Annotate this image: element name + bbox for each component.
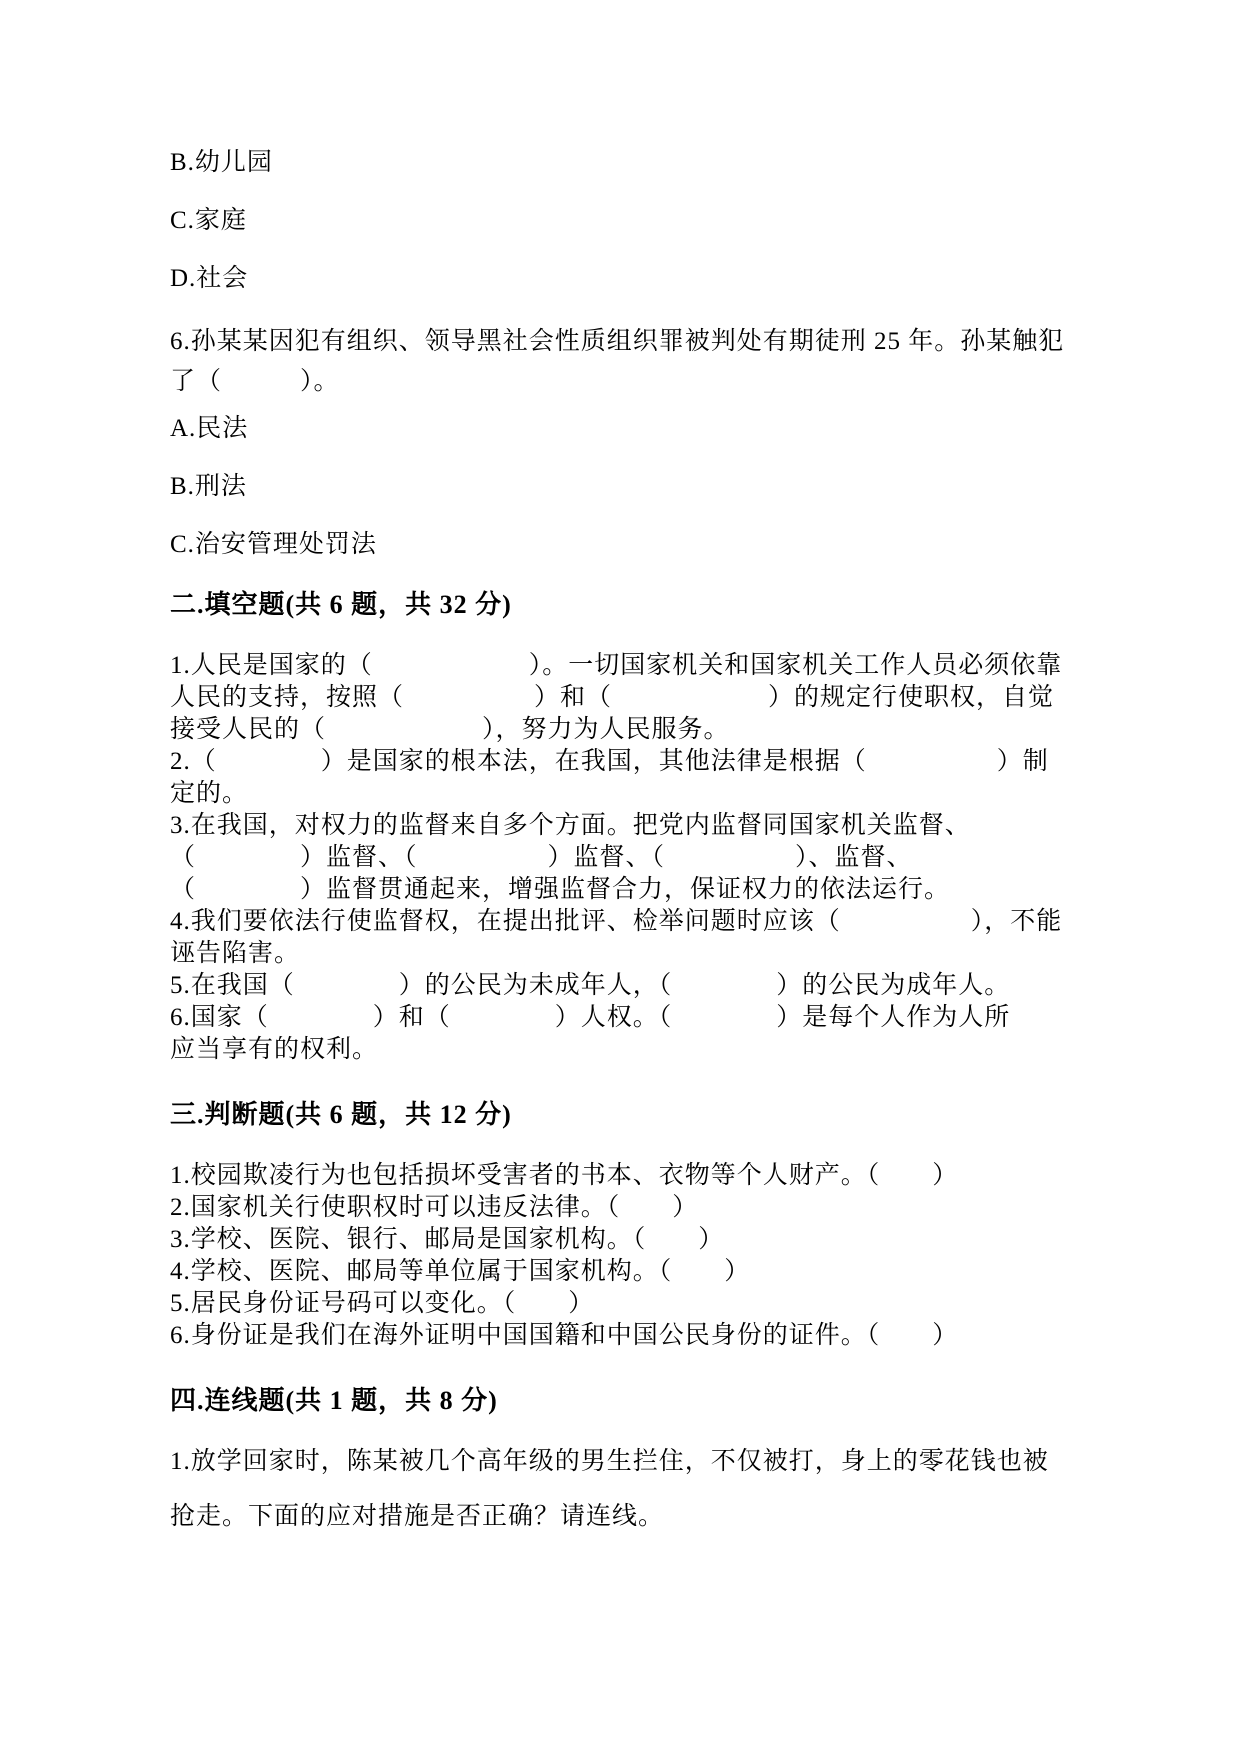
fill-q4-line-2: 诬告陷害。	[170, 938, 1075, 970]
fill-q2-line-1: 2.（ ）是国家的根本法，在我国，其他法律是根据（ ）制	[170, 746, 1075, 778]
question-6-options: A.民法 B.刑法 C.治安管理处罚法	[170, 414, 1075, 560]
judge-q4: 4.学校、医院、邮局等单位属于国家机构。（ ）	[170, 1256, 1075, 1288]
fill-q3-line-3: （ ）监督贯通起来，增强监督合力，保证权力的依法运行。	[170, 874, 1075, 906]
section-4-heading-matching: 四.连线题(共 1 题，共 8 分)	[170, 1384, 1075, 1418]
true-false-questions: 1.校园欺凌行为也包括损坏受害者的书本、衣物等个人财产。（ ） 2.国家机关行使…	[170, 1160, 1075, 1352]
fill-q4-line-1: 4.我们要依法行使监督权，在提出批评、检举问题时应该（ ），不能	[170, 906, 1075, 938]
section-2-heading-fill-in-blanks: 二.填空题(共 6 题，共 32 分)	[170, 588, 1075, 622]
question-6: 6.孙某某因犯有组织、领导黑社会性质组织罪被判处有期徒刑 25 年。孙某触犯 了…	[170, 322, 1075, 402]
fill-q5-line-1: 5.在我国（ ）的公民为未成年人，（ ）的公民为成年人。	[170, 970, 1075, 1002]
judge-q5: 5.居民身份证号码可以变化。（ ）	[170, 1288, 1075, 1320]
judge-q2: 2.国家机关行使职权时可以违反法律。（ ）	[170, 1192, 1075, 1224]
fill-q1-line-3: 接受人民的（ ），努力为人民服务。	[170, 714, 1075, 746]
question-6-text-line-2: 了（ ）。	[170, 362, 1075, 402]
fill-q1-line-1: 1.人民是国家的（ ）。一切国家机关和国家机关工作人员必须依靠	[170, 650, 1075, 682]
fill-q1-line-2: 人民的支持，按照（ ）和（ ）的规定行使职权，自觉	[170, 682, 1075, 714]
matching-q1-line-1: 1.放学回家时，陈某被几个高年级的男生拦住，不仅被打，身上的零花钱也被	[170, 1446, 1075, 1478]
fill-q2-line-2: 定的。	[170, 778, 1075, 810]
fill-in-blank-questions: 1.人民是国家的（ ）。一切国家机关和国家机关工作人员必须依靠 人民的支持，按照…	[170, 650, 1075, 1066]
judge-q1: 1.校园欺凌行为也包括损坏受害者的书本、衣物等个人财产。（ ）	[170, 1160, 1075, 1192]
section-3-heading-true-false: 三.判断题(共 6 题，共 12 分)	[170, 1098, 1075, 1132]
fill-q6-line-1: 6.国家（ ）和（ ）人权。（ ）是每个人作为人所	[170, 1002, 1075, 1034]
fill-q6-line-2: 应当享有的权利。	[170, 1034, 1075, 1066]
question-6-option-b-criminal-law: B.刑法	[170, 472, 1075, 502]
page-content: B.幼儿园 C.家庭 D.社会 6.孙某某因犯有组织、领导黑社会性质组织罪被判处…	[170, 0, 1075, 1533]
option-b-kindergarten: B.幼儿园	[170, 148, 1075, 178]
question-6-text-line-1: 6.孙某某因犯有组织、领导黑社会性质组织罪被判处有期徒刑 25 年。孙某触犯	[170, 322, 1075, 362]
judge-q3: 3.学校、医院、银行、邮局是国家机构。（ ）	[170, 1224, 1075, 1256]
fill-q3-line-1: 3.在我国，对权力的监督来自多个方面。把党内监督同国家机关监督、	[170, 810, 1075, 842]
option-d-society: D.社会	[170, 264, 1075, 294]
matching-q1-line-2: 抢走。下面的应对措施是否正确？请连线。	[170, 1501, 1075, 1533]
judge-q6: 6.身份证是我们在海外证明中国国籍和中国公民身份的证件。（ ）	[170, 1320, 1075, 1352]
option-c-family: C.家庭	[170, 206, 1075, 236]
question-6-option-a-civil-law: A.民法	[170, 414, 1075, 444]
exam-paper-page: B.幼儿园 C.家庭 D.社会 6.孙某某因犯有组织、领导黑社会性质组织罪被判处…	[0, 0, 1241, 1755]
fill-q3-line-2: （ ）监督、（ ）监督、（ ）、监督、	[170, 842, 1075, 874]
question-6-option-c-public-security-law: C.治安管理处罚法	[170, 530, 1075, 560]
